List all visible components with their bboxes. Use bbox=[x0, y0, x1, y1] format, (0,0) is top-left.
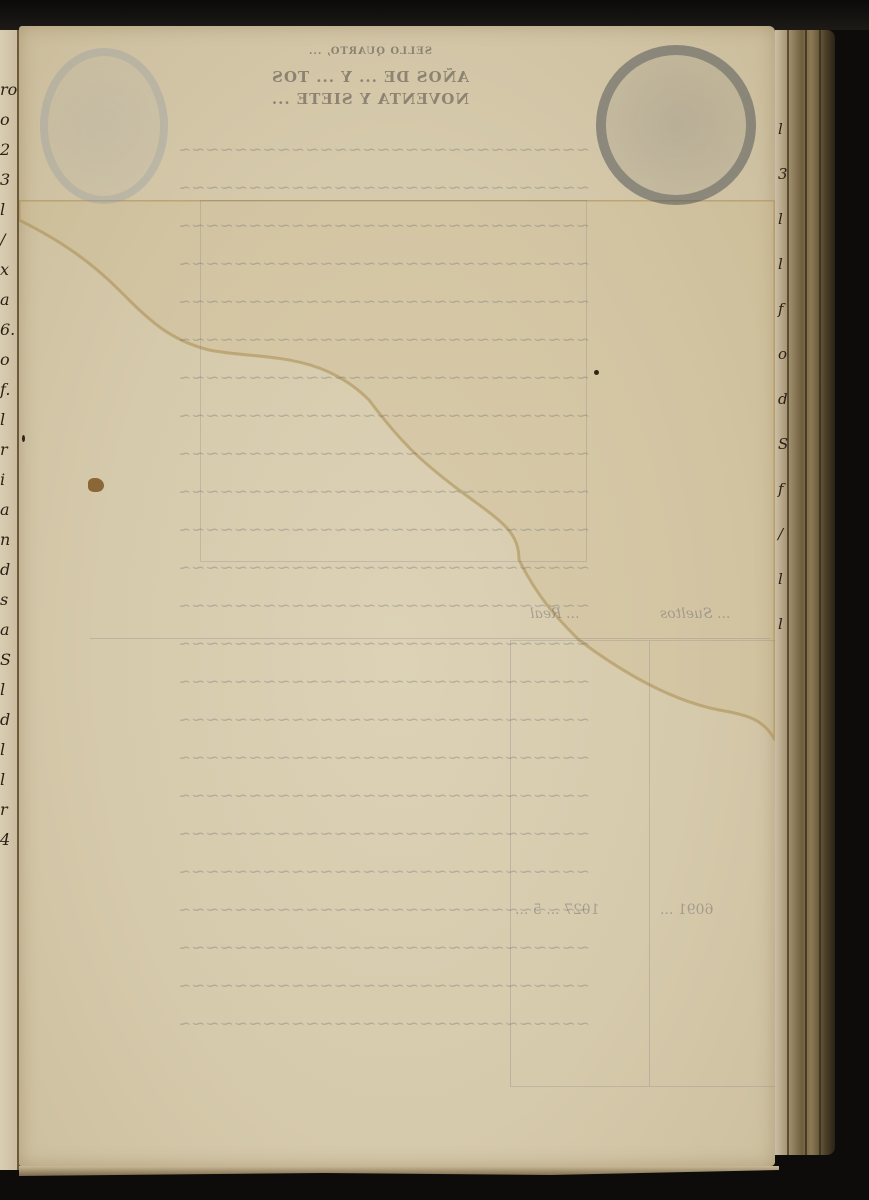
bleed-text-line: ~~~~~~~~~~~~~~~~~~~~~~~~~~~~~ bbox=[180, 368, 590, 406]
left-margin-fragment: d bbox=[0, 560, 10, 579]
bleed-text-line: ~~~~~~~~~~~~~~~~~~~~~~~~~~~~~ bbox=[180, 748, 590, 786]
bleed-text-line: ~~~~~~~~~~~~~~~~~~~~~~~~~~~~~ bbox=[180, 900, 590, 938]
spine-fragment: S bbox=[778, 435, 788, 453]
left-margin-fragment: a bbox=[0, 290, 10, 309]
spine-fragment: d bbox=[778, 390, 788, 408]
bleed-text-line: ~~~~~~~~~~~~~~~~~~~~~~~~~~~~~ bbox=[180, 406, 590, 444]
page-bottom-edge bbox=[19, 1166, 779, 1176]
bleed-text-line: ~~~~~~~~~~~~~~~~~~~~~~~~~~~~~ bbox=[180, 1014, 590, 1052]
left-margin-fragment: o bbox=[0, 350, 10, 369]
spine-fragment: l bbox=[778, 210, 783, 228]
left-margin-fragment: r bbox=[0, 800, 8, 819]
bleed-text-line: ~~~~~~~~~~~~~~~~~~~~~~~~~~~~~ bbox=[180, 444, 590, 482]
spine-fragment: / bbox=[778, 525, 783, 543]
header-bleed-line-1: SELLO QUARTO, ... bbox=[200, 46, 540, 57]
bleed-text-line: ~~~~~~~~~~~~~~~~~~~~~~~~~~~~~ bbox=[180, 254, 590, 292]
spine-fragment: f bbox=[778, 300, 784, 318]
spine-fragment: l bbox=[778, 120, 783, 138]
left-margin-fragment: a bbox=[0, 500, 10, 519]
bleed-text-line: ~~~~~~~~~~~~~~~~~~~~~~~~~~~~~ bbox=[180, 292, 590, 330]
bleed-text-line: ~~~~~~~~~~~~~~~~~~~~~~~~~~~~~ bbox=[180, 596, 590, 634]
bleed-text-line: ~~~~~~~~~~~~~~~~~~~~~~~~~~~~~ bbox=[180, 216, 590, 254]
ink-dot bbox=[22, 435, 25, 442]
bleed-text-line: ~~~~~~~~~~~~~~~~~~~~~~~~~~~~~ bbox=[180, 824, 590, 862]
left-margin-fragment: d bbox=[0, 710, 10, 729]
left-margin-fragment: l bbox=[0, 200, 5, 219]
left-margin-fragment: l bbox=[0, 410, 5, 429]
left-margin-fragment: i bbox=[0, 470, 5, 489]
page-stack-edge: l3llfodSf/ll bbox=[775, 30, 835, 1155]
left-margin-fragment: a bbox=[0, 620, 10, 639]
header-bleed-line-3: NOVENTA Y SIETE ... bbox=[200, 90, 540, 108]
bleed-text-line: ~~~~~~~~~~~~~~~~~~~~~~~~~~~~~ bbox=[180, 634, 590, 672]
paper-stain-speck bbox=[88, 478, 104, 492]
bleed-text-line: ~~~~~~~~~~~~~~~~~~~~~~~~~~~~~ bbox=[180, 558, 590, 596]
spine-fragment: f bbox=[778, 480, 784, 498]
bleed-text-line: ~~~~~~~~~~~~~~~~~~~~~~~~~~~~~ bbox=[180, 330, 590, 368]
left-margin-fragment: l bbox=[0, 680, 5, 699]
left-margin-fragment: x bbox=[0, 260, 9, 279]
left-margin-fragment: ro bbox=[0, 80, 17, 99]
seal-stamp-left bbox=[40, 48, 168, 204]
left-margin-fragment: / bbox=[0, 230, 5, 249]
spine-fragment: l bbox=[778, 615, 783, 633]
left-margin-fragment: n bbox=[0, 530, 10, 549]
bleed-text-line: ~~~~~~~~~~~~~~~~~~~~~~~~~~~~~ bbox=[180, 938, 590, 976]
spine-fragment: o bbox=[778, 345, 787, 363]
bleed-text-line: ~~~~~~~~~~~~~~~~~~~~~~~~~~~~~ bbox=[180, 786, 590, 824]
spine-fragment: l bbox=[778, 255, 783, 273]
left-margin-fragment: S bbox=[0, 650, 11, 669]
spine-fragment: l bbox=[778, 570, 783, 588]
left-margin-fragment: 6. bbox=[0, 320, 15, 339]
bleed-text-line: ~~~~~~~~~~~~~~~~~~~~~~~~~~~~~ bbox=[180, 672, 590, 710]
left-margin-fragment: 2 bbox=[0, 140, 10, 159]
bleed-text-line: ~~~~~~~~~~~~~~~~~~~~~~~~~~~~~ bbox=[180, 520, 590, 558]
amount-2: 6091 ... bbox=[660, 902, 713, 918]
header-bleed-line-2: AÑOS DE ... Y ... TOS bbox=[200, 68, 540, 86]
left-margin-fragment: s bbox=[0, 590, 8, 609]
left-margin-fragment: l bbox=[0, 770, 5, 789]
ink-dot bbox=[594, 370, 599, 375]
left-margin-fragment: 4 bbox=[0, 830, 10, 849]
bleed-through-text-block: ~~~~~~~~~~~~~~~~~~~~~~~~~~~~~~~~~~~~~~~~… bbox=[180, 140, 590, 1052]
seal-stamp-right bbox=[596, 45, 756, 205]
bleed-text-line: ~~~~~~~~~~~~~~~~~~~~~~~~~~~~~ bbox=[180, 482, 590, 520]
bleed-text-line: ~~~~~~~~~~~~~~~~~~~~~~~~~~~~~ bbox=[180, 710, 590, 748]
left-margin-fragment: r bbox=[0, 440, 8, 459]
bleed-text-line: ~~~~~~~~~~~~~~~~~~~~~~~~~~~~~ bbox=[180, 140, 590, 178]
left-margin-fragment: 3 bbox=[0, 170, 10, 189]
bleed-text-line: ~~~~~~~~~~~~~~~~~~~~~~~~~~~~~ bbox=[180, 976, 590, 1014]
bleed-text-line: ~~~~~~~~~~~~~~~~~~~~~~~~~~~~~ bbox=[180, 862, 590, 900]
left-margin-fragment: l bbox=[0, 740, 5, 759]
left-margin-fragment: o bbox=[0, 110, 10, 129]
spine-fragment: 3 bbox=[778, 165, 788, 183]
bleed-text-line: ~~~~~~~~~~~~~~~~~~~~~~~~~~~~~ bbox=[180, 178, 590, 216]
left-page-edge: roo23l/xa6.of.lriandsaSldllr4 bbox=[0, 30, 19, 1170]
left-margin-fragment: f. bbox=[0, 380, 10, 399]
column-heading-2: ... Sueltos bbox=[660, 606, 730, 622]
